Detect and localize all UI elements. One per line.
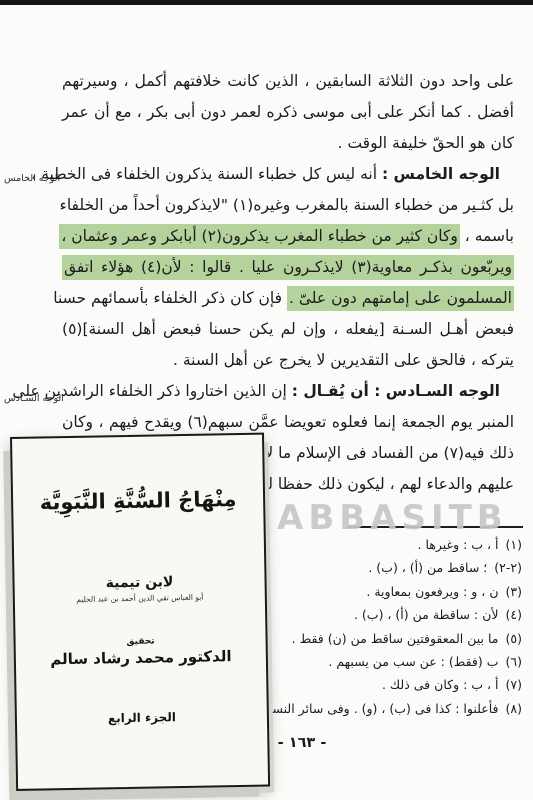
text-line: المنبر يوم الجمعة إنما فعلوه تعويضا عمَّ… bbox=[62, 407, 514, 438]
text-segment: بل كثـير من خطباء السنة بالمغرب وغيره(١)… bbox=[60, 196, 514, 214]
footnote-text: ب (فقط) : عن سب من يسبهم . bbox=[328, 654, 498, 669]
page-number: - ١٦٣ - bbox=[258, 735, 346, 751]
text-line: الوجه السـادس : أن يُقـال : إن الذين اخت… bbox=[62, 376, 514, 407]
scanned-book-page: { "page": { "number_label": "- ١٦٣ -", "… bbox=[0, 0, 533, 800]
footnote: (٦)ب (فقط) : عن سب من يسبهم . bbox=[226, 650, 522, 673]
footnote-number: (٤) bbox=[506, 607, 523, 622]
text-line: كان هو الحقّ خليفة الوقت . bbox=[62, 128, 514, 159]
footnote: (٣)ن ، و : ويرفعون بمعاوية . bbox=[226, 580, 522, 603]
footnote: (٤)لأن : ساقطة من (أ) ، (ب) . bbox=[226, 603, 522, 626]
footnote-text: فأعلنوا : كذا فى (ب) ، (و) . وفى سائر ال… bbox=[253, 701, 499, 716]
highlighted-segment: ويربّعون بذكـر معاوية(٣) لايذكـرون عليا … bbox=[62, 255, 514, 280]
text-line: فبعض أهـل السـنة [يفعله ، وإن لم يكن حسن… bbox=[62, 314, 514, 345]
text-line: ويربّعون بذكـر معاوية(٣) لايذكـرون عليا … bbox=[62, 252, 514, 283]
text-segment: عليهم والدعاء لهم ، ليكون ذلك حفظا لـ bbox=[264, 475, 514, 493]
text-segment: يتركه ، فالحق على التقديرين لا يخرج عن أ… bbox=[173, 351, 514, 369]
footnote-number: (٥) bbox=[506, 631, 523, 646]
book-cover-volume: الجزء الرابع bbox=[17, 709, 267, 727]
text-segment: فبعض أهـل السـنة [يفعله ، وإن لم يكن حسن… bbox=[62, 320, 514, 338]
footnote-number: (٢-٢) bbox=[494, 560, 522, 575]
book-cover-author-full-name: أبو العباس تقي الدين أحمد بن عبد الحليم bbox=[15, 592, 265, 605]
text-line: على واحد دون الثلاثة السابقين ، الذين كا… bbox=[62, 66, 514, 97]
footnote: (٨)فأعلنوا : كذا فى (ب) ، (و) . وفى سائر… bbox=[226, 697, 522, 720]
footnote: (٢-٢)؛ ساقط من (أ) ، (ب) . bbox=[226, 556, 522, 579]
text-line: الوجه الخامس : أنه ليس كل خطباء السنة يذ… bbox=[62, 159, 514, 190]
footnotes-block: (١)أ ، ب : وغيرها . (٢-٢)؛ ساقط من (أ) ،… bbox=[226, 533, 522, 720]
footnote-text: ن ، و : ويرفعون بمعاوية . bbox=[366, 584, 498, 599]
footnote: (٧)أ ، ب : وكان فى ذلك . bbox=[226, 673, 522, 696]
text-line: أفضل . كما أنكر على أبى موسى ذكره لعمر د… bbox=[62, 97, 514, 128]
text-line: بل كثـير من خطباء السنة بالمغرب وغيره(١)… bbox=[62, 190, 514, 221]
text-segment: أنه ليس كل خطباء السنة يذكرون الخلفاء فى… bbox=[31, 165, 377, 183]
bold-lead-segment: الوجه السـادس : أن يُقـال : bbox=[292, 382, 500, 400]
bold-lead-segment: الوجه الخامس : bbox=[382, 165, 500, 183]
text-segment: ذلك فيه(٧) من الفساد فى الإسلام ما لا يخ… bbox=[241, 444, 514, 462]
text-line: المسلمون على إمامتهم دون علىّ . فإن كان … bbox=[62, 283, 514, 314]
text-line: باسمه ، وكان كثير من خطباء المغرب يذكرون… bbox=[62, 221, 514, 252]
footnote-text: ؛ ساقط من (أ) ، (ب) . bbox=[368, 560, 487, 575]
footnote-text: أ ، ب : وكان فى ذلك . bbox=[382, 677, 499, 692]
book-cover-author: لابن تيمية bbox=[14, 573, 264, 593]
text-segment: فإن كان ذكر الخلفاء بأسمائهم حسنا bbox=[53, 289, 282, 307]
book-cover-editor: الدكتور محمد رشاد سالم bbox=[16, 647, 266, 669]
footnote-number: (٦) bbox=[506, 654, 523, 669]
highlighted-segment: وكان كثير من خطباء المغرب يذكرون(٢) أباب… bbox=[59, 224, 459, 249]
footnote-number: (٨) bbox=[506, 701, 523, 716]
text-segment: على واحد دون الثلاثة السابقين ، الذين كا… bbox=[62, 72, 514, 90]
text-segment: كان هو الحقّ خليفة الوقت . bbox=[338, 134, 514, 152]
book-cover-overlay: مِنْهَاجُ السُّنَّةِ النَّبَوِيَّة لابن … bbox=[10, 433, 270, 791]
text-segment: المنبر يوم الجمعة إنما فعلوه تعويضا عمَّ… bbox=[62, 413, 514, 431]
book-cover-title: مِنْهَاجُ السُّنَّةِ النَّبَوِيَّة bbox=[13, 487, 263, 515]
footnote-number: (٣) bbox=[506, 584, 523, 599]
text-segment: إن الذين اختاروا ذكر الخلفاء الراشدين عل… bbox=[12, 382, 286, 400]
footnote: (٥)ما بين المعقوفتين ساقط من (ن) فقط . bbox=[226, 627, 522, 650]
watermark-text: @ABBASITB bbox=[238, 498, 508, 538]
text-segment: باسمه ، bbox=[465, 227, 514, 245]
text-segment: أفضل . كما أنكر على أبى موسى ذكره لعمر د… bbox=[62, 103, 514, 121]
scan-top-edge bbox=[0, 0, 533, 5]
text-line: يتركه ، فالحق على التقديرين لا يخرج عن أ… bbox=[62, 345, 514, 376]
highlighted-segment: المسلمون على إمامتهم دون علىّ . bbox=[287, 286, 514, 311]
footnote-number: (١) bbox=[506, 537, 523, 552]
footnote-text: أ ، ب : وغيرها . bbox=[418, 537, 499, 552]
footnote-text: ما بين المعقوفتين ساقط من (ن) فقط . bbox=[292, 631, 499, 646]
footnote-number: (٧) bbox=[506, 677, 523, 692]
footnote-text: لأن : ساقطة من (أ) ، (ب) . bbox=[354, 607, 499, 622]
